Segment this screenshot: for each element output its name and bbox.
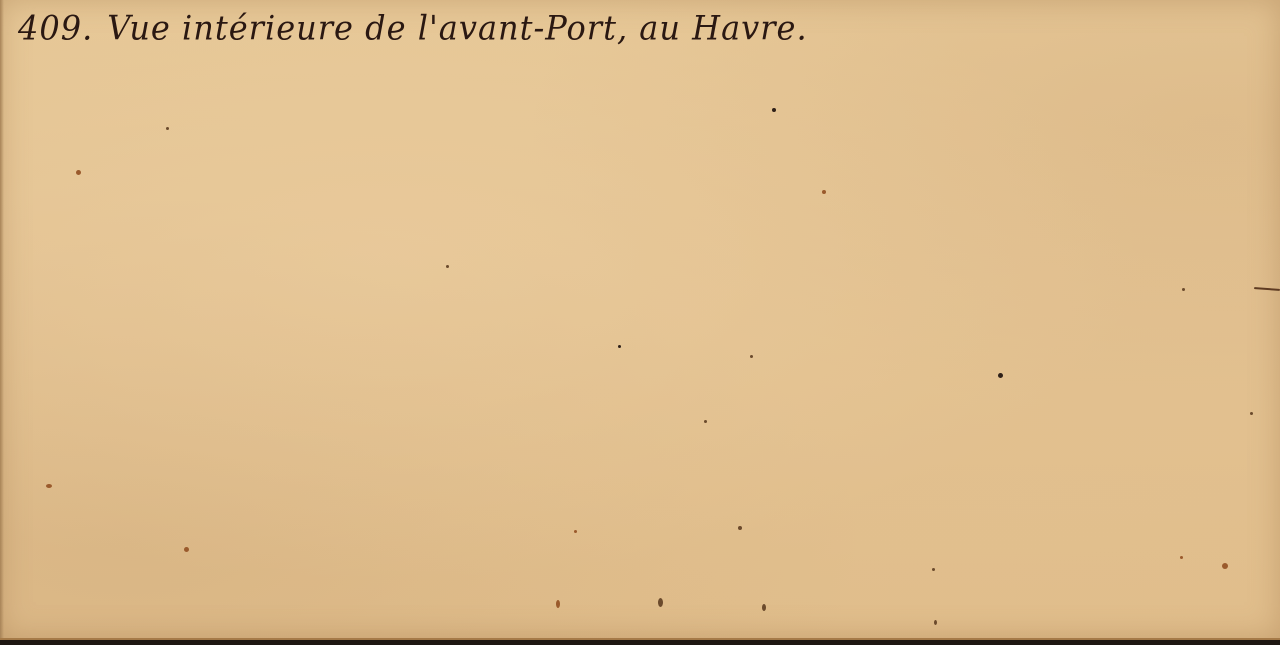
card-edge	[0, 0, 4, 638]
handwritten-inscription: 409.Vue intérieure de l'avant-Port, au H…	[18, 8, 808, 48]
card-back: 409.Vue intérieure de l'avant-Port, au H…	[0, 0, 1280, 640]
catalog-number: 409.	[18, 8, 93, 48]
inscription-text: Vue intérieure de l'avant-Port, au Havre…	[107, 8, 807, 48]
